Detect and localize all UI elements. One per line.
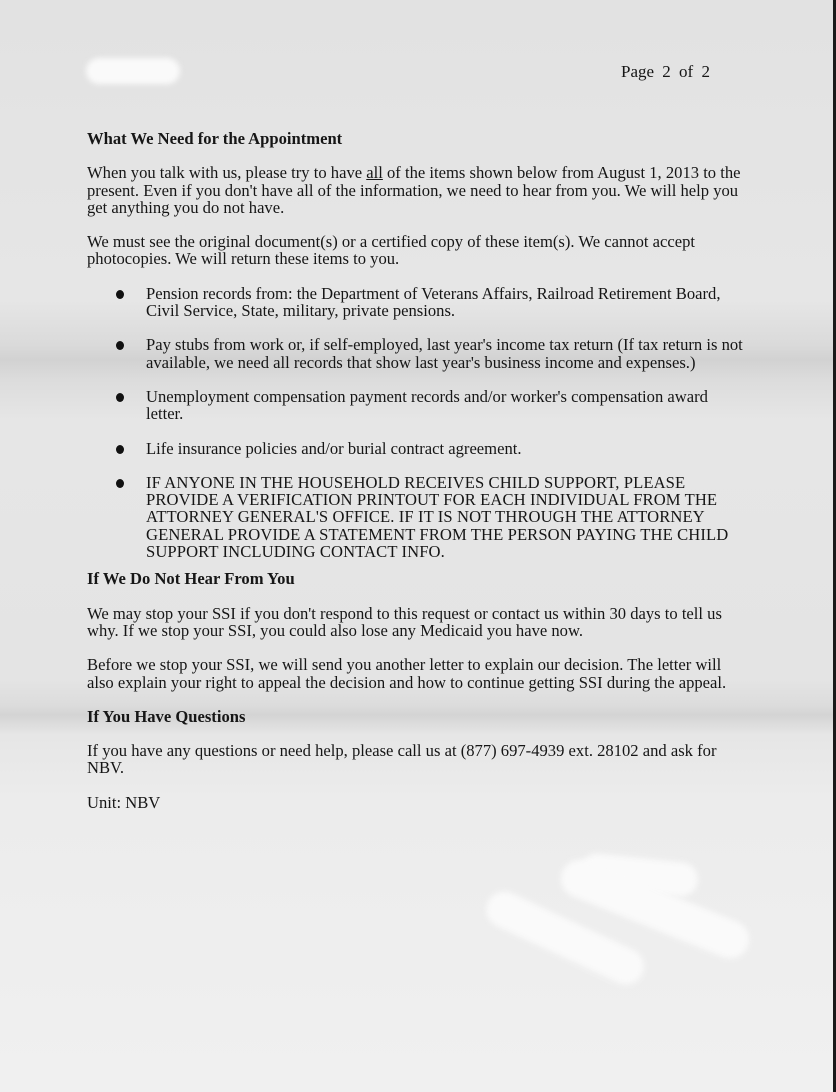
section-heading-appointment: What We Need for the Appointment — [87, 130, 747, 147]
list-item: Pension records from: the Department of … — [87, 285, 747, 320]
redaction-mark — [86, 58, 180, 84]
unit-code: Unit: NBV — [87, 794, 747, 811]
section-heading-questions: If You Have Questions — [87, 708, 747, 725]
list-item: Pay stubs from work or, if self-employed… — [87, 336, 747, 371]
page-indicator: Page 2 of 2 — [621, 62, 710, 82]
bullet-icon — [116, 393, 124, 402]
required-items-list: Pension records from: the Department of … — [87, 285, 747, 561]
stop-ssi-warning: We may stop your SSI if you don't respon… — [87, 605, 747, 640]
appeal-info: Before we stop your SSI, we will send yo… — [87, 656, 747, 691]
bullet-icon — [116, 341, 124, 350]
bullet-icon — [116, 445, 124, 454]
list-item: Life insurance policies and/or burial co… — [87, 440, 747, 457]
bullet-icon — [116, 290, 124, 299]
scanned-page: Page 2 of 2 What We Need for the Appoint… — [0, 0, 833, 1092]
bullet-icon — [116, 479, 124, 488]
appointment-intro: When you talk with us, please try to hav… — [87, 164, 747, 216]
list-item: IF ANYONE IN THE HOUSEHOLD RECEIVES CHIL… — [87, 474, 747, 560]
emphasis-all: all — [366, 163, 383, 182]
letter-body: What We Need for the Appointment When yo… — [87, 130, 747, 811]
list-item: Unemployment compensation payment record… — [87, 388, 747, 423]
contact-info: If you have any questions or need help, … — [87, 742, 747, 777]
section-heading-not-hear: If We Do Not Hear From You — [87, 570, 747, 587]
original-docs-note: We must see the original document(s) or … — [87, 233, 747, 268]
